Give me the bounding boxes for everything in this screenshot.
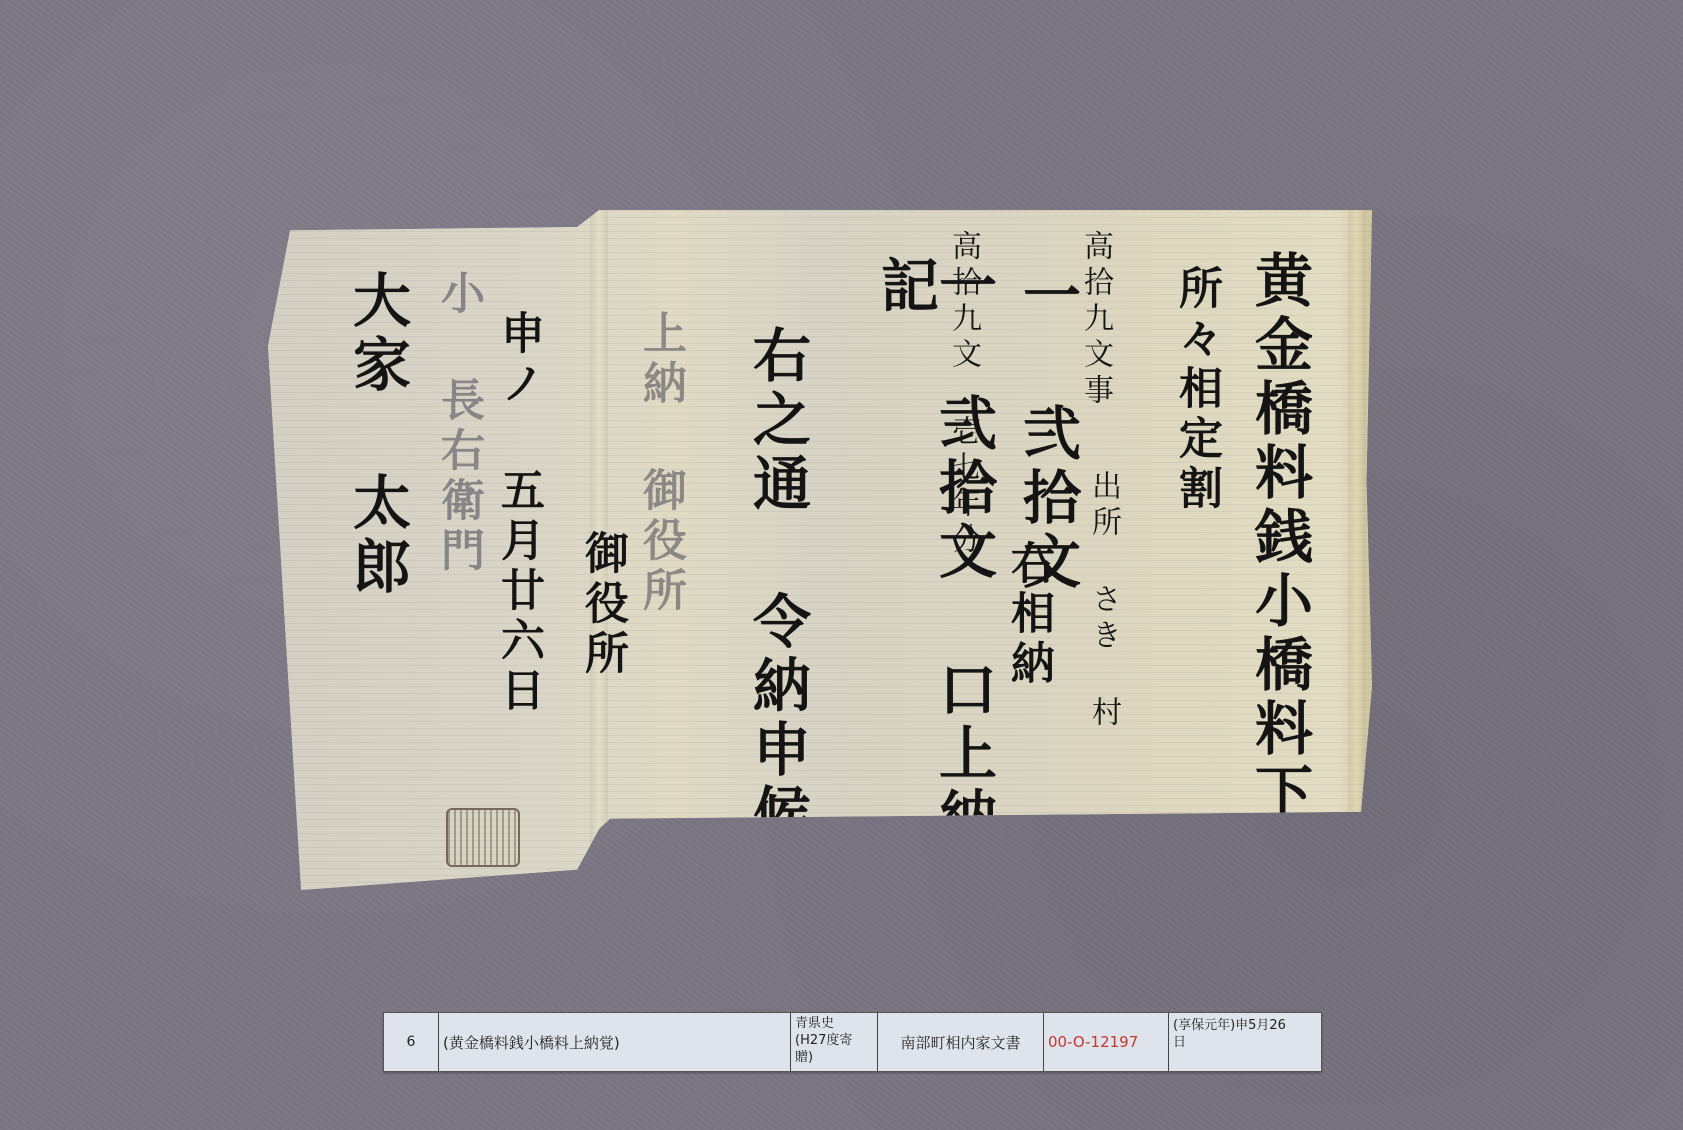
label-collection: 南部町相内家文書 [878, 1013, 1044, 1071]
label-source: 青県史 (H27度寄 贈) [791, 1013, 878, 1071]
seal-stamp [446, 808, 520, 867]
label-title: (黄金橋料銭小橋料上納覚) [439, 1013, 791, 1071]
catalog-label: 6 (黄金橋料銭小橋料上納覚) 青県史 (H27度寄 贈) 南部町相内家文書 0… [383, 1012, 1322, 1072]
label-number: 6 [384, 1013, 439, 1071]
calligraphy-column: 一 弐拾文 口上納 記 [876, 255, 992, 890]
calligraphy-column: 大家 太郎 [348, 270, 406, 600]
calligraphy-column: 御役所 [580, 530, 624, 680]
calligraphy-column: 黄金橋料銭小橋料下 [1250, 250, 1308, 826]
paper-edge [1348, 210, 1366, 890]
label-catalog-id: 00-O-12197 [1044, 1013, 1169, 1071]
calligraphy-column: 右相納 [1006, 540, 1050, 690]
label-date: (享保元年)申5月26 日 [1169, 1013, 1321, 1071]
calligraphy-column: 右之通 令納申候 [748, 325, 806, 847]
calligraphy-column: 所々相定割 [1174, 265, 1218, 515]
calligraphy-column: 高拾九文事 [1080, 230, 1110, 410]
calligraphy-column: 上納 御役所 [638, 310, 682, 617]
calligraphy-column: 申ノ 五月廿六日 [496, 310, 540, 717]
calligraphy-column: 出所 さき 村 [1088, 470, 1118, 732]
calligraphy-column: 小 長右衛門 [436, 270, 480, 577]
historical-document: 黄金橋料銭小橋料下 所々相定割 高拾九文事 一 弐拾文 出所 さき 村 右相納 … [268, 210, 1372, 890]
